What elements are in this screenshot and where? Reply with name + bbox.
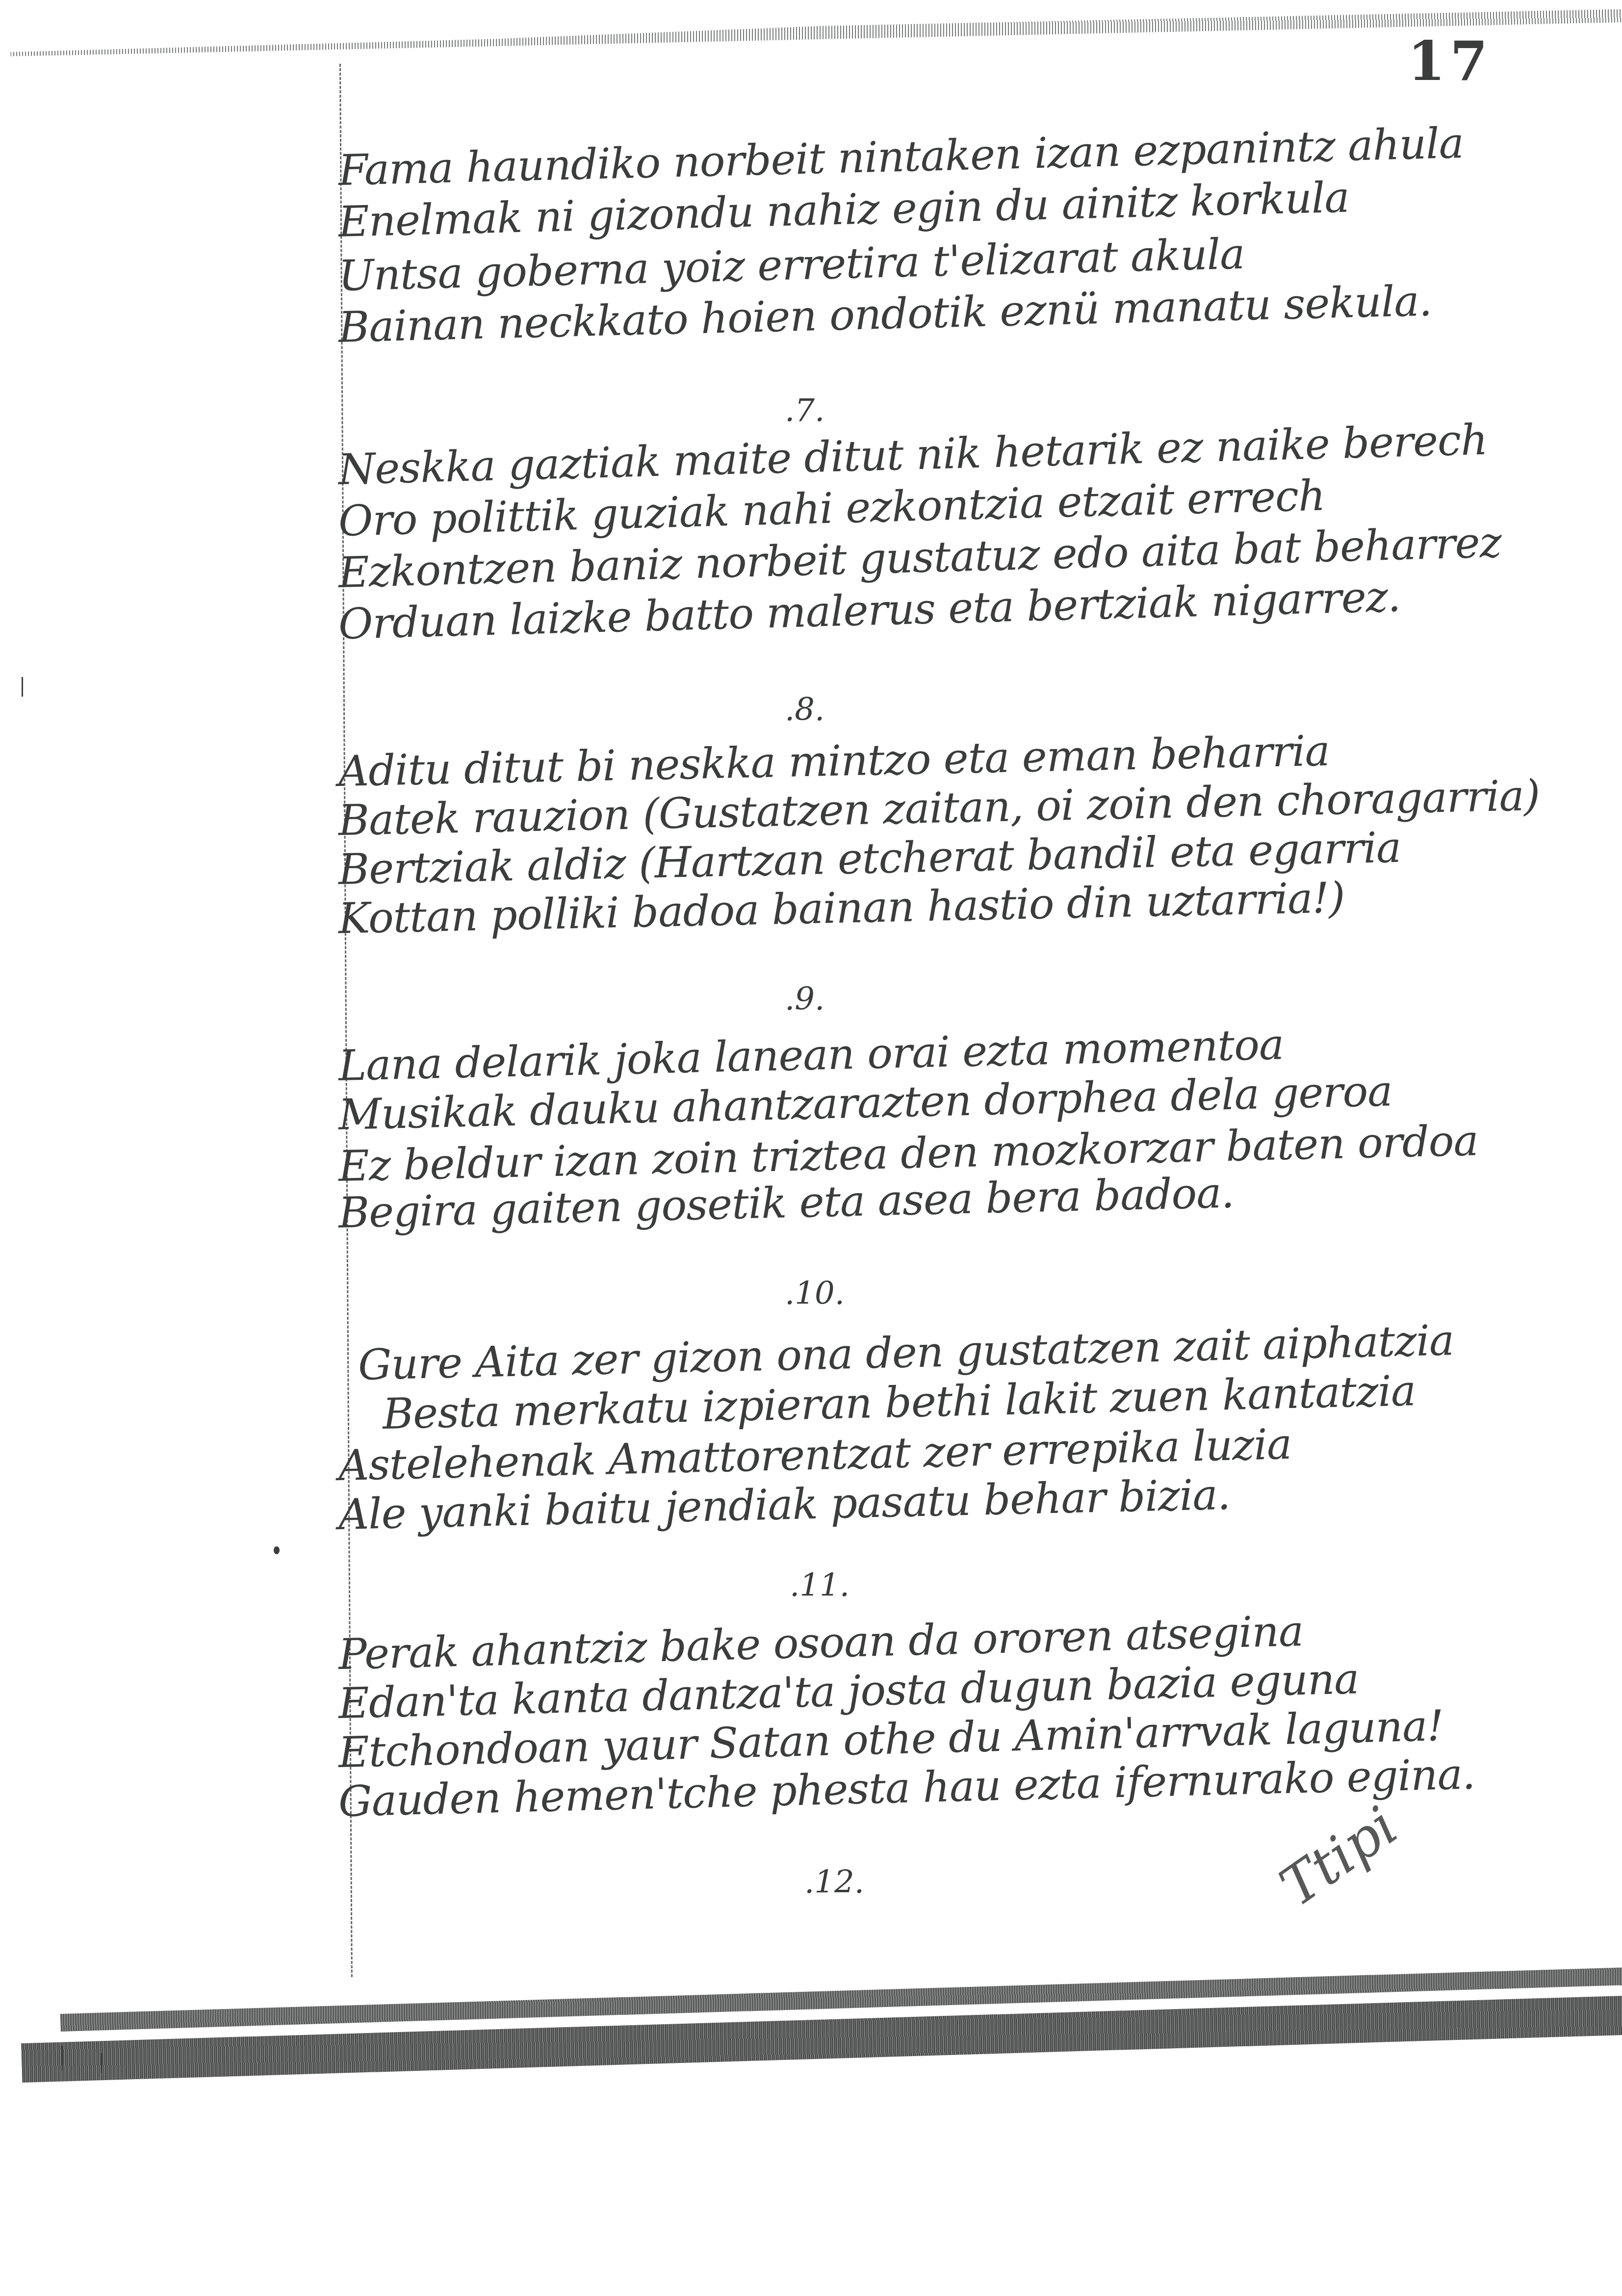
page-number: 17 xyxy=(1408,29,1493,93)
stanza-number: .8. xyxy=(785,692,824,728)
scan-speck xyxy=(61,2046,63,2070)
stanza-number: .10. xyxy=(785,1276,845,1312)
author-signature: Ttipi xyxy=(1269,1794,1409,1918)
stanza-number: .11. xyxy=(790,1567,850,1604)
stanza-number: .12. xyxy=(804,1864,864,1901)
ink-dot xyxy=(274,1546,280,1554)
scan-speck xyxy=(101,2053,102,2073)
stanza-number: .9. xyxy=(785,981,824,1018)
manuscript-page: 17 Fama haundiko norbeit nintaken izan e… xyxy=(0,0,1622,2296)
scan-speck xyxy=(22,677,23,697)
scan-artifact-top xyxy=(10,9,1622,56)
stanza-number: .7. xyxy=(785,392,824,429)
